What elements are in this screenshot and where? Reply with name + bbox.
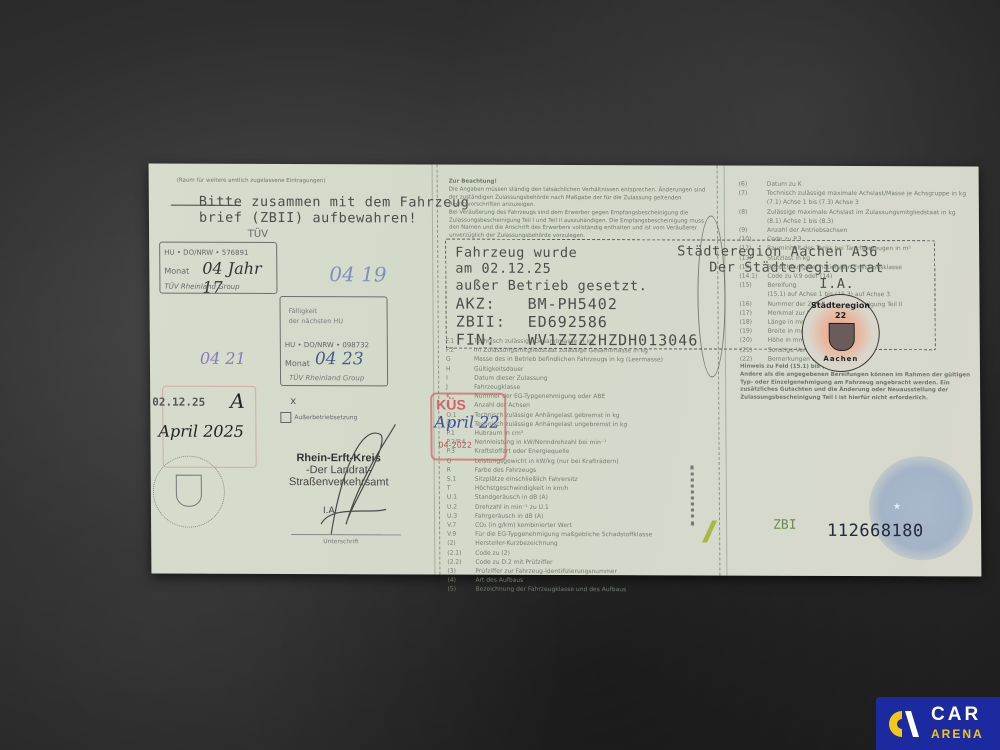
ausserbetriebsetzung-checkbox[interactable] [280, 412, 291, 423]
field-label: Bezeichnung der Fahrzeugklasse und des A… [476, 585, 627, 595]
signature-scribble [300, 414, 401, 544]
tuv-line: HU • DO/NRW • 098732 [285, 341, 369, 349]
field-code: (5) [448, 585, 476, 594]
seal-number: 22 [803, 311, 879, 320]
field-code: (18) [740, 318, 768, 327]
zbii-label: ZBII: [456, 313, 506, 331]
field-code: U.2 [447, 502, 475, 511]
field-label: Fahrzeugklasse [474, 383, 520, 392]
field-code: (21) [740, 345, 768, 354]
staedteregion-seal: Städteregion 22 Aachen [801, 294, 880, 372]
typed-line-3: außer Betrieb gesetzt. [455, 278, 647, 295]
stamp-title-2: der nächsten HU [289, 317, 343, 325]
typed-line-1: Fahrzeug wurde [455, 245, 577, 261]
field-code: (17) [740, 308, 768, 317]
field-code: (19) [740, 327, 768, 336]
handwritten-blue: 04 19 [329, 262, 386, 286]
field-label: Code zu P.3 [767, 235, 802, 244]
field-label: Drehzahl in min⁻¹ zu U.1 [475, 502, 549, 511]
eagle-shield-icon [829, 323, 855, 351]
field-code: T [447, 484, 475, 493]
handwritten-date: 04 Jahr 17 [202, 259, 276, 297]
field-code [739, 198, 767, 207]
seal-bottom-text: Aachen [803, 355, 879, 363]
field-label: Datum zu K [767, 180, 802, 189]
field-code: (22) [740, 354, 768, 363]
field-code: (12) [739, 244, 767, 253]
field-code: (2) [447, 539, 475, 548]
rhein-erft-seal [153, 456, 226, 528]
typed-notice-line2: brief (ZBII) aufbewahren! [199, 210, 417, 227]
notice-paragraph-1: Die Angaben müssen ständig den tatsächli… [449, 187, 711, 210]
field-label: Stützlast in kg [767, 253, 810, 262]
field-code: G [446, 355, 474, 364]
registration-certificate: (Raum für weitere amtlich zugelassene Ei… [149, 164, 982, 577]
fin-value: WV1ZZZ2HZDH013046 [528, 331, 699, 350]
field-label: Bereifung [767, 281, 796, 290]
field-code [739, 290, 767, 299]
kus-handwritten: April 22 [434, 413, 499, 432]
tuv-stamp-1: TÜV HU • DO/NRW • 576891 Monat 04 Jahr 1… [159, 242, 277, 294]
field-code: (16) [739, 299, 767, 308]
field-label: Rauminhalt des Tanks bei Tankfahrzeugen … [767, 244, 911, 254]
field-code: (6) [739, 180, 767, 189]
tuv-stamp-2: Fälligkeit der nächsten HU HU • DO/NRW •… [279, 296, 388, 386]
field-label: Standgeräusch in dB (A) [475, 493, 548, 502]
middle-field-list: F.1Technisch zulässige Gesamtmasse in kg… [446, 337, 665, 595]
typed-notice-line1: Bitte zusammen mit dem Fahrzeug [199, 194, 470, 211]
field-code: (14.1) [739, 272, 767, 281]
hologram-seal: ★ [869, 456, 974, 560]
coat-of-arms-icon [176, 475, 202, 507]
field-label: Höhe in mm [768, 336, 805, 345]
edge-print [691, 465, 698, 525]
field-code: (2.2) [447, 557, 475, 566]
strike-line [171, 205, 241, 206]
serial-number: 112668180 [827, 521, 924, 541]
handwritten-purple: 04 21 [200, 349, 246, 368]
field-label: Prüfziffer zur Fahrzeug-Identifizierungs… [475, 567, 617, 577]
akz-value: BM-PH5402 [527, 295, 617, 313]
car-arena-mark-icon [888, 709, 920, 739]
hologram-mark-icon [702, 521, 717, 543]
zbii-value: ED692586 [528, 313, 608, 331]
field-code [739, 216, 767, 225]
field-code: V.9 [447, 530, 475, 539]
field-code: (3) [447, 567, 475, 576]
field-code: (15) [739, 281, 767, 290]
field-code: (10) [739, 235, 767, 244]
field-label: Fahrgeräusch in dB (A) [475, 512, 543, 521]
field-label: Datum dieser Zulassung [474, 373, 548, 382]
handwritten-initial: A [230, 389, 245, 413]
akz-label: AKZ: [455, 295, 495, 313]
field-label: Code zu V.9 oder (14) [767, 272, 832, 281]
field-row: (5)Bezeichnung der Fahrzeugklasse und de… [448, 585, 665, 595]
field-label: Hersteller-Kurzbezeichnung [475, 539, 558, 548]
kus-date: 04-2022 [438, 441, 471, 450]
hint-text: Andere als die angegebenen Bereifungen k… [740, 372, 972, 403]
handwritten-date: 04 23 [315, 349, 364, 369]
field-code: (14) [739, 262, 767, 271]
field-label: (7.1) Achse 1 bis (7.3) Achse 3 [767, 198, 859, 208]
notice-heading: Zur Beachtung! [449, 179, 497, 187]
tuv-label: TÜV [248, 229, 268, 240]
perforation [437, 165, 441, 575]
zbi-label: ZBI [773, 518, 797, 533]
field-code: S.1 [447, 475, 475, 484]
field-label: Code zu D.2 mit Prüfziffer [475, 558, 552, 567]
field-label: Höchstgeschwindigkeit in km/h [475, 484, 569, 494]
field-code: (13) [739, 253, 767, 262]
field-label: Bezeichnung der nationalen Emissionsklas… [767, 263, 902, 273]
fold-line [432, 165, 436, 575]
field-label: Sitzplätze einschließlich Fahrersitz [475, 475, 578, 485]
field-label: Anzahl der Antriebsachsen [767, 226, 847, 235]
car-arena-logo: CAR ARENA [876, 697, 1000, 750]
tuv-line: HU • DO/NRW • 576891 [164, 249, 248, 257]
field-code: J [446, 383, 474, 392]
field-code: (7) [739, 189, 767, 198]
stamp-title: Fälligkeit [289, 307, 318, 315]
fold-line [724, 166, 728, 576]
tuv-footer: TÜV Rheinland Group [289, 374, 364, 382]
field-label: (8.1) Achse 1 bis (8.3) [767, 217, 833, 226]
typed-line-2: am 02.12.25 [455, 261, 551, 277]
field-code: V.7 [447, 521, 475, 530]
field-label: Farbe des Fahrzeugs [475, 466, 536, 475]
field-code: U.1 [447, 493, 475, 502]
logo-text-car: CAR [931, 704, 981, 726]
tuv-footer: TÜV Rheinland Group [164, 283, 239, 291]
checkbox-mark: x [290, 396, 296, 407]
star-icon: ★ [893, 502, 901, 512]
field-code: (8) [739, 207, 767, 216]
kus-label: KÜS [436, 397, 466, 413]
field-code: I [446, 373, 474, 382]
date-stamp: 02.12.25 [152, 396, 205, 409]
field-label: Code zu (2) [475, 548, 510, 557]
kus-stamp: KÜS April 22 04-2022 [430, 393, 506, 461]
field-code: R [447, 465, 475, 474]
field-code: (9) [739, 226, 767, 235]
field-code: U.3 [447, 511, 475, 520]
field-code: H [446, 364, 474, 373]
field-label: Länge in mm [768, 318, 807, 327]
field-label: Gültigkeitsdauer [474, 364, 524, 373]
handwritten-date-april: April 2025 [158, 422, 244, 441]
header-note: (Raum für weitere amtlich zugelassene Ei… [177, 178, 326, 186]
field-code: (4) [447, 576, 475, 585]
seal-top-text: Städteregion [803, 301, 879, 310]
logo-text-arena: ARENA [931, 727, 984, 741]
field-label: CO₂ (in g/km) kombinierter Wert [475, 521, 572, 531]
fin-label: FIN: [456, 331, 496, 349]
field-code: (2.1) [447, 548, 475, 557]
month-label: Monat [285, 359, 310, 368]
field-label: Art des Aufbaus [475, 576, 523, 585]
field-code: (20) [740, 336, 768, 345]
notice-paragraph-2: Bei Veräußerung des Fahrzeugs sind dem E… [449, 210, 711, 241]
month-label: Monat [164, 267, 189, 276]
